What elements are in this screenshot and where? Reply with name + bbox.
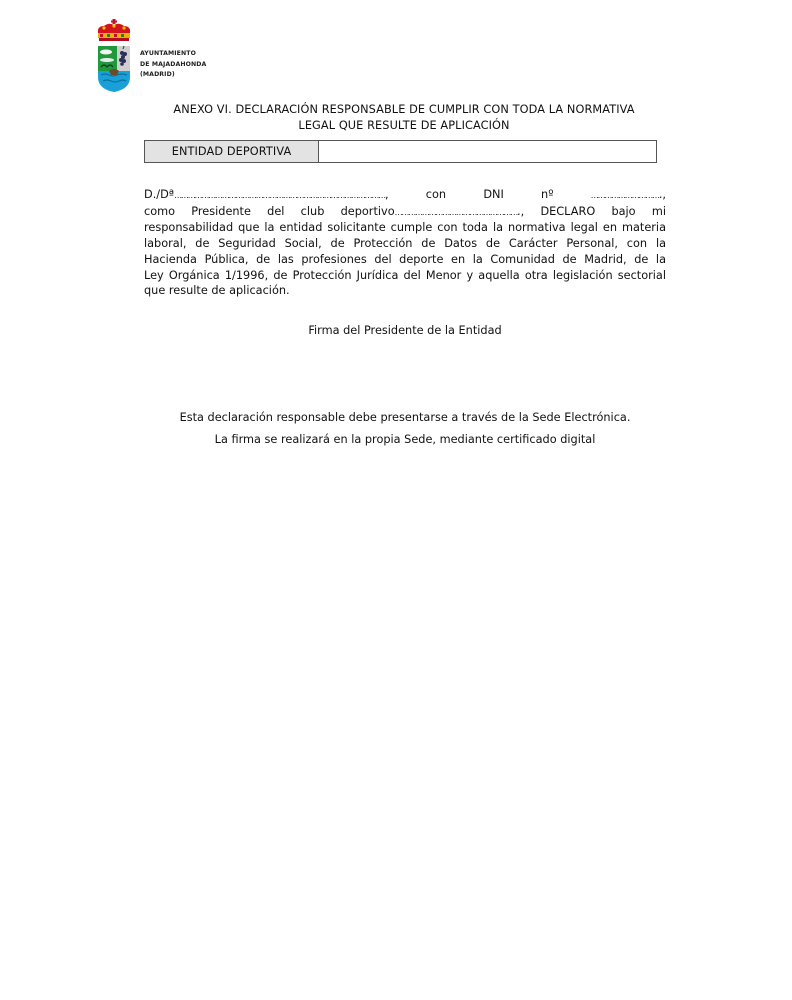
signature-label: Firma del Presidente de la Entidad <box>144 324 666 337</box>
declaration-text: D./Dª…………………………………………………………………………………, co… <box>144 187 666 299</box>
org-line: AYUNTAMIENTO <box>140 49 206 60</box>
document-title: ANEXO VI. DECLARACIÓN RESPONSABLE DE CUM… <box>144 102 664 134</box>
title-line-2: LEGAL QUE RESULTE DE APLICACIÓN <box>144 118 664 134</box>
entity-table: ENTIDAD DEPORTIVA <box>144 140 657 163</box>
entity-name-field[interactable] <box>319 141 656 162</box>
coat-of-arms-icon <box>95 19 133 93</box>
title-line-1: ANEXO VI. DECLARACIÓN RESPONSABLE DE CUM… <box>144 102 664 118</box>
organization-name: AYUNTAMIENTO DE MAJADAHONDA (MADRID) <box>140 49 206 81</box>
declaration-line: como Presidente del club deportivo………………… <box>144 204 666 221</box>
declaration-line: Hacienda Pública, de las profesiones del… <box>144 252 666 268</box>
declaration-line: que resulte de aplicación. <box>144 283 666 299</box>
declaration-line: laboral, de Seguridad Social, de Protecc… <box>144 236 666 252</box>
declaration-line: D./Dª…………………………………………………………………………………, co… <box>144 187 666 204</box>
declaration-line: responsabilidad que la entidad solicitan… <box>144 220 666 236</box>
org-line: DE MAJADAHONDA <box>140 60 206 71</box>
declaration-line: Ley Orgánica 1/1996, de Protección Juríd… <box>144 268 666 284</box>
entity-label: ENTIDAD DEPORTIVA <box>145 141 319 162</box>
submission-note: Esta declaración responsable debe presen… <box>144 411 666 424</box>
org-line: (MADRID) <box>140 70 206 81</box>
signature-note: La firma se realizará en la propia Sede,… <box>144 433 666 446</box>
